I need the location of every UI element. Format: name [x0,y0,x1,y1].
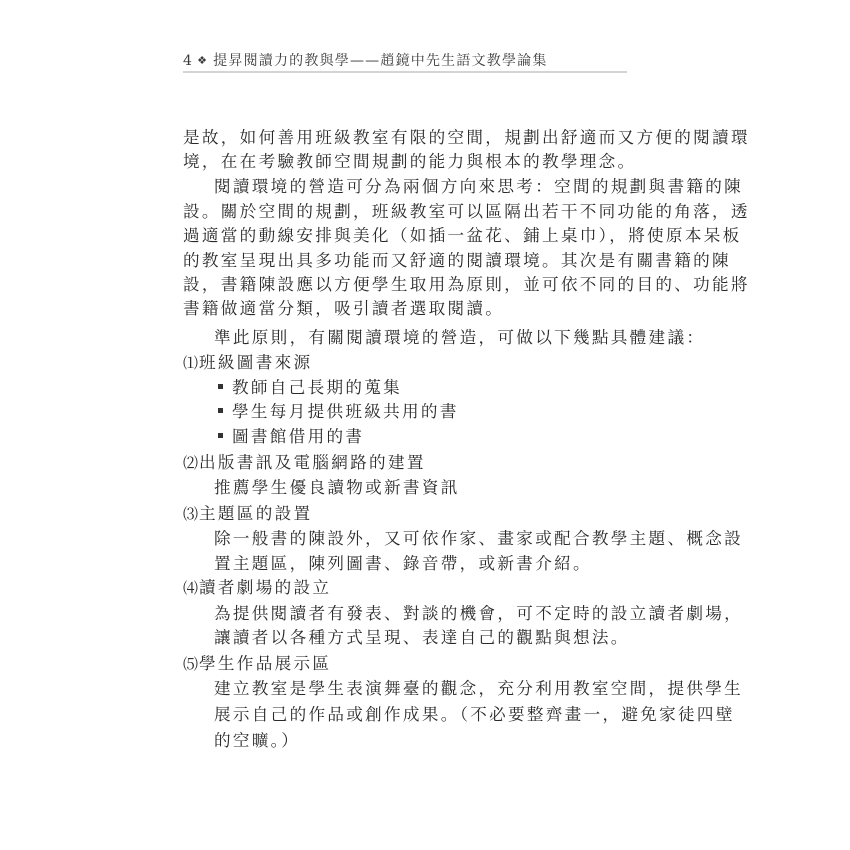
item-title: 讀者劇場的設立 [199,578,331,597]
item-text-line: 除一般書的陳設外，又可依作家、畫家或配合教學主題、概念設 [214,529,743,549]
paragraph-line: 境，在在考驗教師空間規劃的能力與根本的教學理念。 [183,152,636,172]
book-title: 提昇閱讀力的教與學——趙鏡中先生語文教學論集 [213,53,547,69]
item-number: ⑵ [183,454,198,472]
page-number: 4 [183,53,193,69]
item-text-line: 建立教室是學生表演舞臺的觀念，充分利用教室空間，提供學生 [214,679,743,699]
bullet-text: 學生每月提供班級共用的書 [232,402,459,421]
header-rule [183,71,627,73]
item-title: 班級圖書來源 [199,353,312,372]
item-text-line: 展示自己的作品或創作成果。（不必要整齊畫一，避免家徒四壁 [214,705,735,725]
paragraph-line: 準此原則，有關閱讀環境的營造，可做以下幾點具體建議： [214,328,705,348]
bullet-text: 教師自己長期的蒐集 [232,378,402,397]
bullet-icon [218,384,223,389]
item-text-line: 置主題區，陳列圖書、錄音帶，或新書介紹。 [214,554,592,574]
bullet-item: 教師自己長期的蒐集 [218,378,402,398]
bullet-icon [218,408,223,413]
item-number: ⑸ [183,655,198,673]
bullet-text: 圖書館借用的書 [232,427,364,446]
item-text-line: 推薦學生優良讀物或新書資訊 [214,478,460,498]
bullet-item: 圖書館借用的書 [218,427,364,447]
item-title: 學生作品展示區 [199,654,331,673]
running-head: 4❖提昇閱讀力的教與學——趙鏡中先生語文教學論集 [183,52,548,70]
paragraph-line: 設，書籍陳設應以方便學生取用為原則，並可依不同的目的、功能將 [183,275,750,295]
paragraph-line: 是故，如何善用班級教室有限的空間，規劃出舒適而又方便的閱讀環 [183,128,750,148]
item-title: 主題區的設置 [199,504,312,523]
list-item-heading: ⑶主題區的設置 [183,504,312,524]
item-text-line: 讓讀者以各種方式呈現、表達自己的觀點與想法。 [214,628,630,648]
diamond-ornament-icon: ❖ [197,52,208,70]
item-text-line: 的空曠。） [214,731,300,751]
paragraph-line: 過適當的動線安排與美化（如插一盆花、鋪上桌巾），將使原本呆板 [183,226,742,246]
list-item-heading: ⑸學生作品展示區 [183,654,331,674]
bullet-item: 學生每月提供班級共用的書 [218,402,459,422]
paragraph-line: 書籍做適當分類，吸引讀者選取閱讀。 [183,299,504,319]
list-item-heading: ⑵出版書訊及電腦網路的建置 [183,453,426,473]
list-item-heading: ⑴班級圖書來源 [183,353,312,373]
item-number: ⑶ [183,505,198,523]
list-item-heading: ⑷讀者劇場的設立 [183,578,331,598]
item-number: ⑷ [183,579,198,597]
item-title: 出版書訊及電腦網路的建置 [199,453,426,472]
paragraph-line: 的教室呈現出具多功能而又舒適的閱讀環境。其次是有關書籍的陳 [183,251,731,271]
bullet-icon [218,433,223,438]
book-page: 4❖提昇閱讀力的教與學——趙鏡中先生語文教學論集 是故，如何善用班級教室有限的空… [0,0,850,850]
item-number: ⑴ [183,354,198,372]
paragraph-line: 閱讀環境的營造可分為兩個方向來思考：空間的規劃與書籍的陳 [214,177,743,197]
item-text-line: 為提供閱讀者有發表、對談的機會，可不定時的設立讀者劇場， [214,604,743,624]
paragraph-line: 設。關於空間的規劃，班級教室可以區隔出若干不同功能的角落，透 [183,202,750,222]
